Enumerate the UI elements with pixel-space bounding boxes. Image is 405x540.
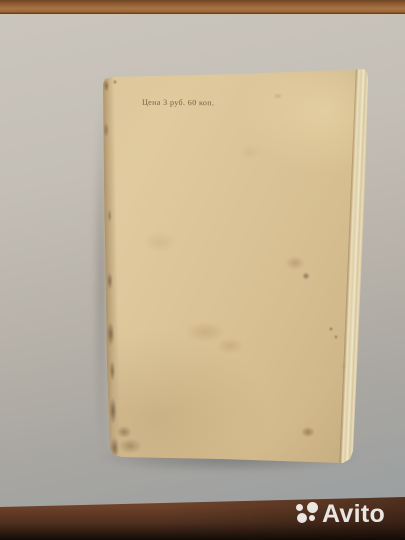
avito-dot-small-top-left xyxy=(296,504,303,511)
avito-dot-small-bottom-right xyxy=(309,515,315,521)
price-label: Цена 3 руб. 60 коп. xyxy=(142,98,214,109)
listing-photo: Цена 3 руб. 60 коп. Avito xyxy=(0,0,405,540)
paper-stains xyxy=(100,66,372,464)
avito-dots-icon xyxy=(292,501,319,527)
book-back-cover: Цена 3 руб. 60 коп. xyxy=(100,66,372,464)
avito-dot-large-top-right xyxy=(307,502,318,513)
avito-dot-medium-bottom-left xyxy=(297,513,307,523)
avito-watermark: Avito xyxy=(292,498,385,530)
wood-shelf-top xyxy=(0,0,405,14)
avito-brand-text: Avito xyxy=(322,501,385,527)
